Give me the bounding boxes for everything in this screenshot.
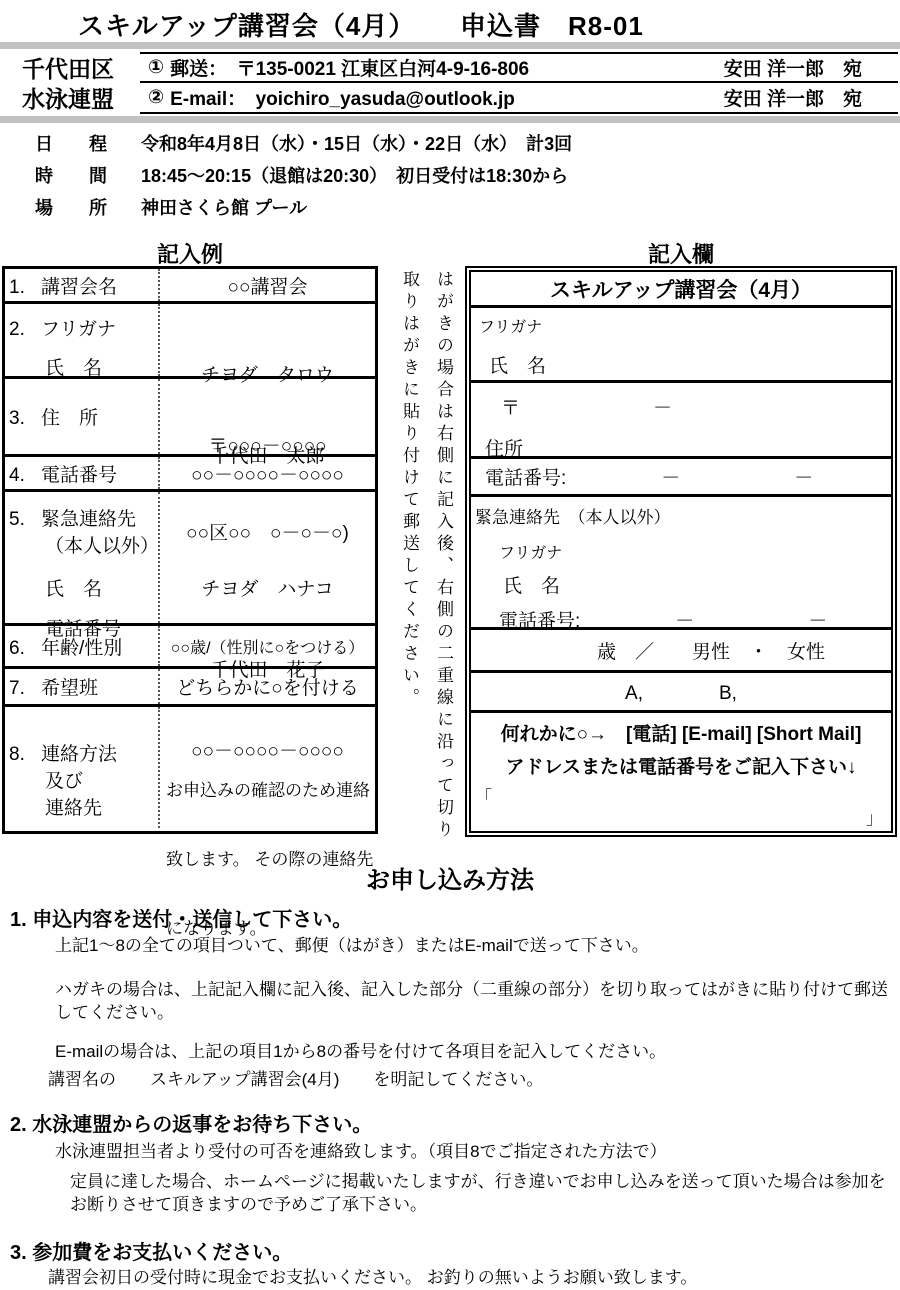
row-value: お申込みの確認のため連絡	[166, 779, 375, 802]
row-label: 6.年齢/性別	[5, 633, 158, 660]
organization-line1: 千代田区	[22, 54, 114, 84]
entry-table: スキルアップ講習会（4月） フリガナ 氏 名 〒 － 住所 電話番号: － － …	[465, 266, 897, 837]
entry-name-row: フリガナ 氏 名	[471, 308, 891, 383]
section-1-para-1: 上記1～8の全ての項目ついて、郵便（はがき）またはE-mailで送って下さい。	[55, 934, 649, 957]
place-value: 神田さくら館 プール	[141, 194, 307, 220]
class-choice-field: A, B,	[625, 678, 737, 705]
place-label: 場 所	[35, 194, 141, 220]
mail-address: 郵送： 〒135-0021 江東区白河4-9-16-806	[170, 54, 529, 81]
info-row-date: 日 程 令和8年4月8日（水）・15日（水）・22日（水） 計3回	[35, 127, 572, 159]
info-row-place: 場 所 神田さくら館 プール	[35, 191, 572, 223]
table-row: 5.緊急連絡先 （本人以外） 氏 名 電話番号 チヨダ ハナコ 千代田 花子 ○…	[5, 492, 375, 626]
row-label: 8.連絡方法	[5, 739, 158, 766]
contact-table: ①郵送： 〒135-0021 江東区白河4-9-16-806 安田 洋一郎 宛 …	[140, 52, 898, 114]
entry-class-row: A, B,	[471, 673, 891, 713]
application-form-page: スキルアップ講習会（4月） 申込書 R8-01 千代田区 水泳連盟 ①郵送： 〒…	[0, 0, 900, 1290]
emergency-phone-field: 電話番号: － －	[471, 606, 891, 633]
info-row-time: 時 間 18:45～20:15（退館は20:30） 初日受付は18:30から	[35, 159, 572, 191]
divider-bar-top	[0, 42, 900, 49]
row-label: 1.講習会名	[5, 272, 158, 299]
table-row: 8.連絡方法 及び 連絡先 お申込みの確認のため連絡 致します。 その際の連絡先…	[5, 707, 375, 828]
contact-row-mail: ①郵送： 〒135-0021 江東区白河4-9-16-806 安田 洋一郎 宛	[140, 54, 898, 83]
divider-bar-bottom	[0, 116, 900, 123]
section-2-title: 2. 水泳連盟からの返事をお待ち下さい。	[10, 1108, 372, 1137]
email-address: E-mail： yoichiro_yasuda@outlook.jp	[170, 84, 515, 111]
name-label: 氏 名	[471, 351, 891, 378]
contact-method-options: 何れかに○→ [電話] [E-mail] [Short Mail]	[471, 719, 891, 746]
time-label: 時 間	[35, 162, 141, 188]
attention-name: 安田 洋一郎 宛	[724, 84, 898, 111]
table-row: 3.住 所 〒○○○－○○○○ ○○区○○ ○－○－○)	[5, 379, 375, 457]
row-label: 7.希望班	[5, 673, 158, 700]
row-label: 及び	[5, 766, 158, 793]
row-label: 連絡先	[5, 793, 158, 820]
attention-name: 安田 洋一郎 宛	[724, 54, 898, 81]
section-1-para-4: 講習名の スキルアップ講習会(4月) を明記してください。	[48, 1068, 543, 1091]
example-table-heading: 記入例	[0, 238, 380, 269]
postal-code-field: 〒 －	[471, 393, 891, 420]
row-value: 〒○○○－○○○○	[160, 431, 375, 458]
date-label: 日 程	[35, 130, 141, 156]
section-2-para-2: 定員に達した場合、ホームページに掲載いたしますが、行き違いでお申し込みを送って頂…	[70, 1170, 895, 1216]
table-row: 2.フリガナ 氏 名 チヨダ タロウ 千代田 太郎	[5, 304, 375, 379]
example-table: 1.講習会名 ○○講習会 2.フリガナ 氏 名 チヨダ タロウ 千代田 太郎 3…	[2, 266, 378, 834]
row-label: 氏 名	[5, 574, 158, 601]
entry-contact-method-row: 何れかに○→ [電話] [E-mail] [Short Mail] アドレスまた…	[471, 713, 891, 831]
entry-address-row: 〒 － 住所	[471, 383, 891, 459]
table-row: 7.希望班 どちらかに○を付ける	[5, 669, 375, 707]
table-row: 1.講習会名 ○○講習会	[5, 269, 375, 304]
row-value: どちらかに○を付ける	[176, 673, 358, 700]
entry-phone-row: 電話番号: － －	[471, 459, 891, 497]
row-label: 2.フリガナ	[5, 314, 158, 341]
contact-method-instruction: アドレスまたは電話番号をご記入下さい↓	[471, 752, 891, 779]
row-label: 3.住 所	[5, 403, 158, 430]
furigana-label: フリガナ	[471, 314, 891, 337]
bracket-close: 」	[866, 804, 883, 829]
phone-field: 電話番号: － －	[471, 463, 813, 490]
time-value: 18:45～20:15（退館は20:30） 初日受付は18:30から	[141, 162, 568, 188]
emergency-title: 緊急連絡先 （本人以外）	[471, 503, 891, 528]
entry-emergency-row: 緊急連絡先 （本人以外） フリガナ 氏 名 電話番号: － －	[471, 497, 891, 630]
section-3-title: 3. 参加費をお支払いください。	[10, 1236, 292, 1265]
row-label: （本人以外）	[5, 531, 158, 558]
entry-course-title: スキルアップ講習会（4月）	[471, 272, 891, 308]
row-label: 氏 名	[5, 353, 158, 380]
age-gender-field: 歳 ／ 男性 ・ 女性	[597, 637, 825, 664]
section-1-para-3: E-mailの場合は、上記の項目1から8の番号を付けて各項目を記入してください。	[55, 1040, 666, 1063]
row-value: チヨダ ハナコ	[160, 574, 375, 601]
how-to-apply-heading: お申し込み方法	[0, 860, 900, 895]
organization-line2: 水泳連盟	[22, 84, 114, 114]
address-label: 住所	[471, 434, 891, 461]
table-row: 4.電話番号 ○○－○○○○－○○○○	[5, 457, 375, 492]
vertical-note-left: 取りはがきに貼り付けて郵送してください。	[396, 270, 422, 710]
row-value: ○○歳/（性別に○をつける）	[171, 635, 364, 658]
bracket-open: 「	[471, 783, 891, 808]
circled-number-2: ②	[148, 86, 164, 109]
row-value: ○○講習会	[228, 272, 308, 299]
row-label: 5.緊急連絡先	[5, 504, 158, 531]
organization-name: 千代田区 水泳連盟	[22, 54, 114, 114]
section-2-para-1: 水泳連盟担当者より受付の可否を連絡致します。（項目8でご指定された方法で）	[55, 1140, 667, 1163]
table-row: 6.年齢/性別 ○○歳/（性別に○をつける）	[5, 626, 375, 669]
emergency-furigana-label: フリガナ	[471, 540, 891, 563]
form-number-title: 申込書 R8-01	[460, 6, 644, 43]
section-1-para-2: ハガキの場合は、上記記入欄に記入後、記入した部分（二重線の部分）を切り取ってはが…	[55, 978, 900, 1024]
row-value: ○○－○○○○－○○○○	[191, 460, 344, 487]
emergency-name-label: 氏 名	[471, 571, 891, 598]
page-title: スキルアップ講習会（4月）	[78, 6, 415, 43]
section-3-para-1: 講習会初日の受付時に現金でお支払いください。 お釣りの無いようお願い致します。	[48, 1266, 697, 1289]
section-1-title: 1. 申込内容を送付・送信して下さい。	[10, 903, 352, 932]
date-value: 令和8年4月8日（水）・15日（水）・22日（水） 計3回	[141, 130, 572, 156]
contact-row-email: ②E-mail： yoichiro_yasuda@outlook.jp 安田 洋…	[140, 83, 898, 112]
entry-age-gender-row: 歳 ／ 男性 ・ 女性	[471, 630, 891, 673]
circled-number-1: ①	[148, 56, 164, 79]
vertical-note-right: はがきの場合は右側に記入後、右側の二重線に沿って切り	[430, 270, 456, 842]
entry-table-heading: 記入欄	[465, 238, 897, 269]
schedule-info: 日 程 令和8年4月8日（水）・15日（水）・22日（水） 計3回 時 間 18…	[35, 127, 572, 223]
row-label: 4.電話番号	[5, 460, 158, 487]
